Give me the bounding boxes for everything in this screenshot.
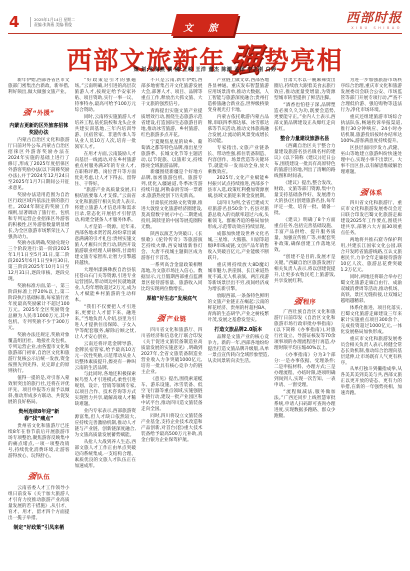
section-head-label: “外援”	[33, 110, 55, 117]
section-head-qiang: 强体系	[341, 180, 403, 199]
article-columns: 新年伊始,西部各省区市文旅部门密集出台新政、新举措,利好频出,做大做强文旅产业。…	[8, 78, 402, 561]
body-paragraph: 产业链上做文章,西部各地各显神通。重庆发布智慧旅游应用场景清单,推动大数据、人工…	[208, 78, 270, 114]
body-paragraph: 业内专家表示,西部旅游资源富集,但人才缺口依然较大,应持续完善激励机制,推动人才…	[75, 409, 137, 439]
section-head-qiang: 强产业链	[141, 306, 203, 325]
body-paragraph: 重庆市文化和旅游发展委员会相关负责人表示,将健全常态长效机制,推动综合治理向基层…	[341, 337, 403, 367]
body-paragraph: 同时,四川将设立文旅装备产业基金,支持企业技术改造和产品创新,对首台(套)重大技…	[141, 414, 203, 444]
qiang-mark: 强	[359, 187, 369, 198]
column-5: 甘肃天水以一碗麻辣烫出圈后,持续放大跟着美食去旅行效应,推动流量变增量,为资源型…	[274, 78, 336, 561]
headline-highlight-qiang: 强	[226, 35, 264, 81]
body-paragraph: 奖励办法还规定,奖励对象覆盖组团社、地接社及包机、专列运营企业,由各盟市文化和旅…	[8, 333, 70, 375]
body-paragraph: 贵州省文化和旅游厅已连续8年在春节前后开展旅游市场专项整治,聚焦游客反映集中的痛…	[8, 424, 70, 460]
body-paragraph: 放眼西部,一条条特色鲜明的文旅产业链正在崛起:云南的鲜花经济、贵州的村超村BA、…	[208, 294, 270, 324]
body-paragraph: “酒香也怕巷子深,品牌塑造必须久久为功,既要会造势,更要能守正。”业内人士表示,…	[274, 103, 336, 133]
header-meta: 2025年1月14日 星期二 责编:张海燕 美编:曹俊	[30, 17, 75, 27]
body-paragraph: 四川省文化和旅游厅、重庆市文化和旅游发展委员会近日联合印发巴蜀文化旅游走廊建设2…	[341, 201, 403, 237]
body-paragraph: 同时,云南将实施旅游人才培养工程,依托院校和龙头企业共建实训基地,三年内培训导游…	[75, 115, 137, 151]
body-paragraph: 值得一提的是,对引客入蒙效果突出的旅行社,还将在评优评先、项目申报等方面予以倾斜…	[8, 376, 70, 406]
editor-line: 责编:张海燕 美编:曹俊	[34, 22, 75, 27]
body-paragraph: 区县层面同步发力,武隆、巫山等地建立旅游纠纷快速处理中心,实现小事不出景区、大事…	[341, 146, 403, 176]
body-paragraph: 广西壮族自治区文化和旅游厅日前印发《自治区文化和旅游市场行政审批办事指南》(以下…	[274, 310, 336, 352]
body-paragraph: “我们不仅要把人才引进来,更要让人才留下来、融进来。”当地负责人介绍,县里为引进…	[75, 305, 137, 341]
section-label: 文 旅	[183, 23, 226, 34]
body-paragraph: 从抢人大战到养人生态,西部文旅人才工作正由单点突破迈向系统集成,一支结构合理、素…	[75, 440, 137, 470]
main-headline: 西部文旅新年强势亮相	[0, 36, 410, 82]
body-paragraph: 四川省文化和旅游厅、四川省经济和信息化厅联合印发《关于促进文旅装备制造业高质量发…	[141, 328, 203, 376]
body-paragraph: 甘肃天水以一碗麻辣烫出圈后,持续放大跟着美食去旅行效应,推动流量变增量,为资源型…	[274, 78, 336, 102]
body-paragraph: “流程做减法,服务做加法。”广西还同步上线智慧审批系统,申请人扫码即可查询办理进…	[274, 390, 336, 420]
sub-headline: 内蒙古更新的区外旅客招徕奖励办法	[8, 122, 70, 136]
body-paragraph: 《建议》提出,整合发改、财政、文旅等部门资源,集中力量支持基础条件好、发展潜力大…	[274, 181, 336, 217]
page-number: 4	[9, 13, 19, 31]
body-paragraph: 一系列高含金量政策相继落地,为文旅市场注入信心。数据显示,元旦假期西部重点监测景…	[141, 263, 203, 293]
body-paragraph: 人才是第一资源。近年来,西部各地求贤若渴,纷纷拿出诚意满满的引才礼包:贵州实施文…	[75, 225, 137, 267]
body-paragraph: “好政策是引才的强磁场。”云南明确,对引进的高层次旅游人才,按规定给予安家补贴、…	[75, 78, 137, 114]
body-paragraph: 云南省委人才工作领导小组日前发布《关于加大旅游人才引育力度推动旅游产业高质量发展…	[8, 486, 70, 522]
section-head-qiang: 强“外援”	[8, 100, 70, 119]
body-paragraph: 宁夏聚焦星星的故乡、葡萄酒之都等特色品牌,推出星空旅游季、长城文化节等主题活动,…	[141, 140, 203, 170]
body-paragraph: 甘肃依托丝路文化资源,推进大敦煌文化旅游经济圈建设,莫高窟数字展示中心二期建成投…	[141, 201, 203, 231]
sub-headline: 打造文旅品牌2.0版本	[208, 326, 270, 333]
qiang-mark: 强	[22, 107, 32, 118]
section-banner: 文 旅	[171, 14, 239, 36]
body-paragraph: 《办事指南》分为3个部分:一是办事依据、受理条件;二是申报材料、办理方式;三是办…	[274, 353, 336, 389]
body-paragraph: 奖励标准方面,第一、第三阶段标准上浮20%以上,第二阶段执行基础标准,每家旅行社…	[8, 284, 70, 332]
body-paragraph: 不只是云南,新年伊始,西部多地密集召开文化旅游发展大会,部署人才、项目、品牌等重…	[141, 78, 203, 108]
body-paragraph: 奖励办法明确,奖励兑现分三个阶段进行:第一阶段2025年1月1日至5月31日,第…	[8, 241, 70, 283]
page-header: 4 2025年1月14日 星期二 责编:张海燕 美编:曹俊 文 旅 西部时报 X…	[8, 14, 402, 34]
body-paragraph: 大理州漾濞彝族自治县依托苍山石门关等资源,引进专业运营团队,带动周边村民就地就业…	[75, 268, 137, 304]
body-paragraph: “创建不是目的,发展才是关键。”西藏自治区旅游发展厅相关负责人表示,将以创建促提…	[274, 255, 336, 285]
body-paragraph: 重庆还组建旅游市场综合执法队伍,畅通投诉举报渠道,推行30分钟响应、24小时办结…	[341, 115, 403, 145]
body-paragraph: 成都加快建设世界文化名城,三星堆、大熊猫、川剧等超级IP串珠成链,文创产品年销售…	[208, 232, 270, 262]
sub-headline: 制定“好政策”引凤来栖	[8, 524, 70, 531]
body-paragraph: 在用才方面,云南鼓励人才向基层一线流动,对在乡村旅游重点村服务满3年的专业人才,…	[75, 152, 137, 188]
section-head-qiang: 强程序	[274, 289, 336, 308]
sub-headline: 整合力量建设旅游名县	[274, 135, 336, 142]
body-paragraph: 奖励办法适用范围为自治区行政区域内依法注册的旅行社。2024年制定的奖励工作细则…	[8, 193, 70, 241]
body-paragraph: 内蒙古自治区文化和旅游厅日前对外公布,内蒙古自治区招徕区外游客奖励办法在2024…	[8, 138, 70, 192]
body-paragraph: 内蒙古依托歌游内蒙古品牌,串联四季那达慕、冰雪那达慕等节庆活动,推动文体旅商融合…	[208, 115, 270, 145]
column-2: “好政策是引才的强磁场。”云南明确,对引进的高层次旅游人才,按规定给予安家补贴、…	[75, 78, 137, 561]
masthead: 西部时报 XIBU SHIBAO	[346, 12, 402, 30]
body-paragraph: 两地将共推石窟寺保护利用,共建长江国家文化公园,联合开发跨省旅游线路,互认文旅惠…	[341, 238, 403, 274]
masthead-subtitle: XIBU SHIBAO	[346, 26, 402, 30]
body-paragraph: “旅游产业高质量发展,归根结底要靠人才支撑。”云南省文化和旅游厅相关负责人表示,…	[75, 188, 137, 224]
body-paragraph: 《西藏自治区关于整合力量建设旅游名县名镇名村的建议》(以下简称《建议》)近日公布…	[274, 144, 336, 180]
section-head-label: 体系	[370, 190, 383, 197]
section-head-label: 程序	[303, 299, 316, 306]
body-paragraph: 陕西以演艺为突破口,《长恨歌》《驼铃传奇》等旅游演艺持续火爆,西安城墙新春灯会、…	[141, 232, 203, 262]
column-3: 不只是云南,新年伊始,西部多地密集召开文化旅游发展大会,部署人才、项目、品牌等重…	[141, 78, 203, 561]
column-1: 新年伊始,西部各省区市文旅部门密集出台新政、新举措,利好频出,做大做强文旅产业。…	[8, 78, 70, 561]
body-paragraph: 为进一步加强旅游市场秩序综合治理,重庆市文化和旅游发展委员会联合公安、市场监管等…	[341, 78, 403, 114]
column-4: 产业链上做文章,西部各地各显神通。重庆发布智慧旅游应用场景清单,推动大数据、人工…	[208, 78, 270, 561]
body-paragraph: 云南还将评选金牌导游、金牌民宿管家,给予最高10万元一次性奖励,示范带动从业人员…	[75, 342, 137, 372]
column-6: 为进一步加强旅游市场秩序综合治理,重庆市文化和旅游发展委员会联合公安、市场监管等…	[341, 78, 403, 561]
section-head-qiang: 强队伍	[8, 464, 70, 483]
masthead-name: 西部时报	[346, 12, 402, 26]
body-paragraph: 新年伊始,西部各省区市文旅部门密集出台新政、新举措,利好频出,做大做强文旅产业。	[8, 78, 70, 96]
body-paragraph: 2025年,文化产业赋能乡村振兴试点持续推进,西部多个县市入选,政策红利叠加资源…	[208, 176, 270, 200]
body-paragraph: 新疆围绕新疆是个好地方品牌,加密旅游包机、旅游专列,优化入疆通道,冬季冰雪游持续…	[141, 170, 203, 200]
qiang-mark: 强	[156, 313, 166, 324]
body-paragraph: 从单打独斗到攥指成拳,从各美其美到美美与共,西部文旅正以更开放的姿态、更有力的举…	[341, 367, 403, 397]
sub-headline: 厚植“好生态”发展底气	[141, 295, 203, 302]
body-paragraph: 与此同时,各地还积极探索候鸟型人才引进模式,柔性引进规划、设计、营销等领域专家,…	[75, 372, 137, 408]
qiang-mark: 强	[27, 471, 37, 482]
body-paragraph: 《意见》提出,围绕索道缆车、游乐设施、冰雪装备、低空飞行器等重点领域,实施强链补…	[141, 377, 203, 413]
body-paragraph: 青海提出实施文旅产业提质增效行动,围绕生态旅游示范省建设,打造国际生态旅游目的地…	[141, 109, 203, 139]
sub-headline: 贵州连续8年迎“新春”找“痛点”	[8, 408, 70, 422]
body-paragraph: 体系化推进、项目化落实,巴蜀文化旅游走廊建设三年来累计实施重点项目300余个、完…	[341, 306, 403, 336]
byline: 策 划:张海燕 撰 稿:王峻 王洋 董杰 陈潮 孟泽 李志刚 白婷	[0, 66, 410, 73]
body-paragraph: 重庆则持续放大8D魔幻城市魅力,洪崖洞、长江索道热度不减,无人机表演、两江夜游等…	[208, 263, 270, 293]
body-paragraph: 品牌是文旅产业的核心竞争力。新的一年,西部各地纷纷提出打造文旅品牌升级版,从单一…	[208, 335, 270, 365]
section-head-label: 产业链	[167, 316, 186, 323]
body-paragraph: 同时,两地还将联合举办巴蜀文化旅游走廊自由行、成渝双城消费周等活动,推动机场、高…	[341, 275, 403, 305]
body-paragraph: 《建议》明确了8个方面重点任务,包括完善基础设施、丰富产品供给、提升服务质量、加…	[274, 218, 336, 254]
body-paragraph: 以四川为例,全省已建成天府旅游名县50余个,名县对旅游总收入的贡献率超过六成,头…	[208, 201, 270, 231]
newspaper-page: 4 2025年1月14日 星期二 责编:张海燕 美编:曹俊 文 旅 西部时报 X…	[0, 0, 410, 571]
body-paragraph: 专家指出,文旅产业链条长、带动性强,抓住装备制造、内容创作、场景营造等关键环节,…	[208, 146, 270, 176]
qiang-mark: 强	[293, 296, 303, 307]
section-head-label: 队伍	[37, 474, 50, 481]
